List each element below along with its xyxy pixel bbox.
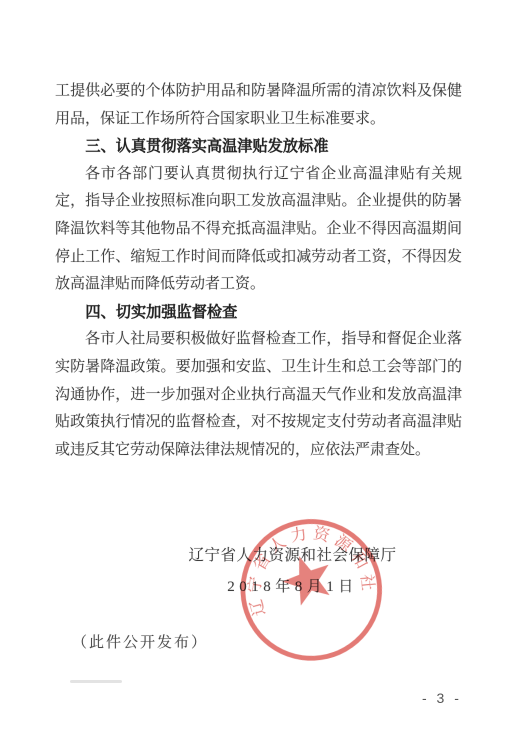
footer-note: （此件公开发布） — [72, 631, 208, 652]
section-heading-4: 四、切实加强监督检查 — [55, 299, 462, 327]
paragraph-continuation: 工提供必要的个体防护用品和防暑降温所需的清凉饮料及保健用品，保证工作场所符合国家… — [55, 78, 462, 133]
signature-date: 2018年8月1日 — [150, 577, 435, 597]
section-body-3: 各市各部门要认真贯彻执行辽宁省企业高温津贴有关规定，指导企业按照标准向职工发放高… — [55, 161, 462, 299]
signature-issuer: 辽宁省人力资源和社会保障厅 — [150, 546, 435, 566]
section-heading-3: 三、认真贯彻落实高温津贴发放标准 — [55, 133, 462, 161]
page-number: - 3 - — [422, 690, 462, 706]
section-body-4: 各市人社局要积极做好监督检查工作，指导和督促企业落实防暑降温政策。要加强和安监、… — [55, 326, 462, 464]
document-body: 工提供必要的个体防护用品和防暑降温所需的清凉饮料及保健用品，保证工作场所符合国家… — [55, 78, 462, 464]
scan-artifact — [70, 680, 122, 683]
signature-block: 辽宁省人力资源和社会保障厅 2018年8月1日 — [150, 546, 435, 597]
document-page: 工提供必要的个体防护用品和防暑降温所需的清凉饮料及保健用品，保证工作场所符合国家… — [0, 0, 507, 732]
